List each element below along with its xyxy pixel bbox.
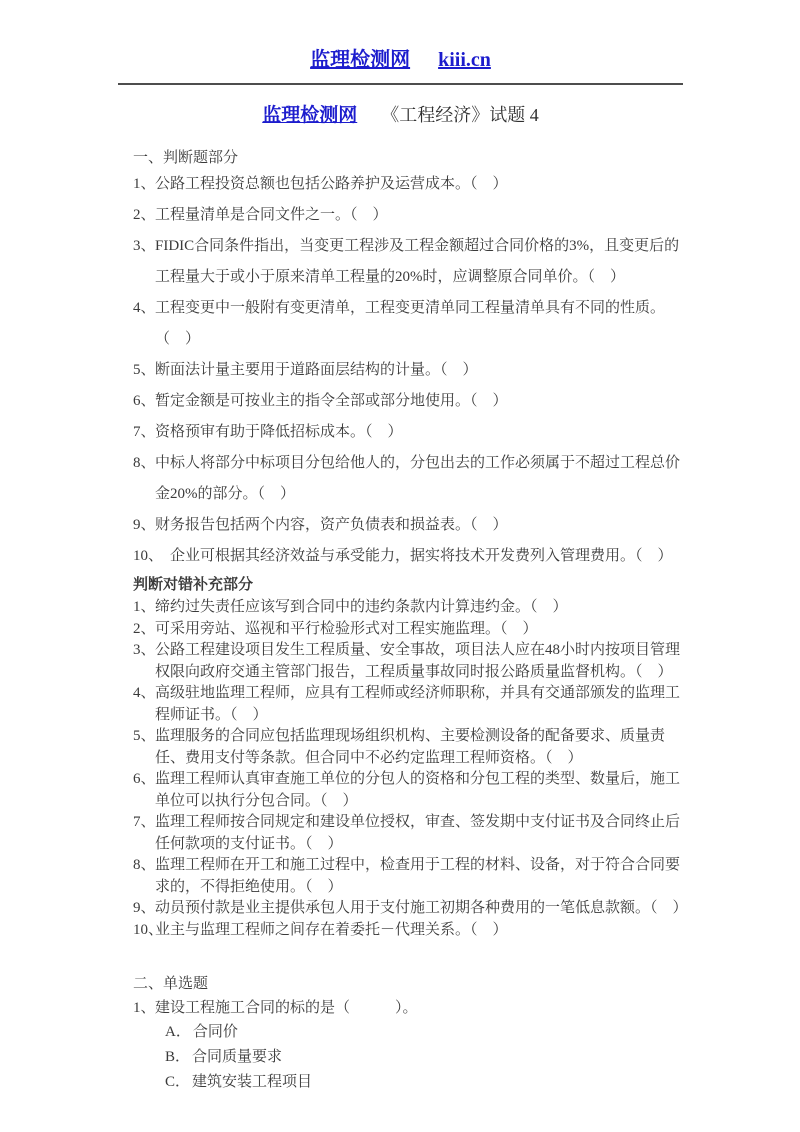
- option-text: 合同价: [193, 1024, 238, 1040]
- question-text: 监理工程师按合同规定和建设单位授权，审查、签发期中支付证书及合同终止后任何款项的…: [155, 814, 680, 852]
- option-label: B．: [165, 1049, 190, 1065]
- single-choice-heading: 二、单选题: [133, 972, 683, 996]
- question-number: 5、: [133, 355, 156, 386]
- judgment-item-5: 5、断面法计量主要用于道路面层结构的计量。（ ）: [133, 355, 683, 386]
- question-number: 7、: [133, 812, 156, 834]
- judgment-item-7: 7、资格预审有助于降低招标成本。（ ）: [133, 417, 683, 448]
- judgment-item-4: 4、工程变更中一般附有变更清单，工程变更清单同工程量清单具有不同的性质。（ ）: [133, 293, 683, 355]
- running-head: 监理检测网kiii.cn: [118, 47, 683, 85]
- question-number: 2、: [133, 200, 156, 231]
- question-text: 资格预审有助于降低招标成本。（ ）: [155, 424, 403, 440]
- question-text: 高级驻地监理工程师，应具有工程师或经济师职称，并具有交通部颁发的监理工程师证书。…: [155, 685, 680, 723]
- option-text: 合同质量要求: [192, 1049, 282, 1065]
- supplement-item-1: 1、缔约过失责任应该写到合同中的违约条款内计算违约金。（ ）: [133, 597, 683, 619]
- option-label: A．: [165, 1024, 191, 1040]
- supplement-item-5: 5、监理服务的合同应包括监理现场组织机构、主要检测设备的配备要求、质量责任、费用…: [133, 726, 683, 769]
- judgment-item-8: 8、中标人将部分中标项目分包给他人的，分包出去的工作必须属于不超过工程总价金20…: [133, 448, 683, 510]
- question-number: 6、: [133, 386, 156, 417]
- judgment-item-1: 1、公路工程投资总额也包括公路养护及运营成本。（ ）: [133, 169, 683, 200]
- document-body: 一、判断题部分 1、公路工程投资总额也包括公路养护及运营成本。（ ） 2、工程量…: [133, 147, 683, 1095]
- question-number: 7、: [133, 417, 156, 448]
- question-text: 暂定金额是可按业主的指令全部或部分地使用。（ ）: [155, 393, 508, 409]
- supplement-item-7: 7、监理工程师按合同规定和建设单位授权，审查、签发期中支付证书及合同终止后任何款…: [133, 812, 683, 855]
- judgment-item-10: 10、 企业可根据其经济效益与承受能力，据实将技术开发费列入管理费用。（ ）: [133, 541, 683, 572]
- question-text: 建设工程施工合同的标的是（ ）。: [155, 1000, 418, 1016]
- question-number: 1、: [133, 996, 156, 1020]
- question-text: 公路工程建设项目发生工程质量、安全事故，项目法人应在48小时内按项目管理权限向政…: [155, 642, 680, 680]
- question-text: 动员预付款是业主提供承包人用于支付施工初期各种费用的一笔低息款额。（ ）: [155, 900, 688, 916]
- supplement-section-heading: 判断对错补充部分: [133, 573, 683, 597]
- question-number: 1、: [133, 169, 156, 200]
- question-text: 监理服务的合同应包括监理现场组织机构、主要检测设备的配备要求、质量责任、费用支付…: [155, 728, 665, 766]
- judgment-item-6: 6、暂定金额是可按业主的指令全部或部分地使用。（ ）: [133, 386, 683, 417]
- question-text: 公路工程投资总额也包括公路养护及运营成本。（ ）: [155, 176, 508, 192]
- site-name-link[interactable]: 监理检测网: [310, 49, 410, 71]
- supplement-item-10: 10、业主与监理工程师之间存在着委托－代理关系。（ ）: [133, 920, 683, 942]
- supplement-question-list: 1、缔约过失责任应该写到合同中的违约条款内计算违约金。（ ） 2、可采用旁站、巡…: [133, 597, 683, 941]
- judgment-item-9: 9、财务报告包括两个内容，资产负债表和损益表。（ ）: [133, 510, 683, 541]
- question-number: 9、: [133, 898, 156, 920]
- option-label: C．: [165, 1074, 190, 1090]
- option-b: B．合同质量要求: [165, 1045, 683, 1070]
- supplement-item-3: 3、公路工程建设项目发生工程质量、安全事故，项目法人应在48小时内按项目管理权限…: [133, 640, 683, 683]
- question-text: 缔约过失责任应该写到合同中的违约条款内计算违约金。（ ）: [155, 599, 568, 615]
- question-text: 监理工程师认真审查施工单位的分包人的资格和分包工程的类型、数量后，施工单位可以执…: [155, 771, 680, 809]
- exam-title: 《工程经济》试题 4: [381, 105, 539, 125]
- supplement-item-6: 6、监理工程师认真审查施工单位的分包人的资格和分包工程的类型、数量后，施工单位可…: [133, 769, 683, 812]
- question-text: 断面法计量主要用于道路面层结构的计量。（ ）: [155, 362, 478, 378]
- question-number: 4、: [133, 683, 156, 705]
- question-text: 财务报告包括两个内容，资产负债表和损益表。（ ）: [155, 517, 508, 533]
- supplement-item-8: 8、监理工程师在开工和施工过程中，检查用于工程的材料、设备，对于符合合同要求的，…: [133, 855, 683, 898]
- question-text: 中标人将部分中标项目分包给他人的，分包出去的工作必须属于不超过工程总价金20%的…: [155, 455, 680, 502]
- question-number: 5、: [133, 726, 156, 748]
- question-number: 9、: [133, 510, 156, 541]
- supplement-item-4: 4、高级驻地监理工程师，应具有工程师或经济师职称，并具有交通部颁发的监理工程师证…: [133, 683, 683, 726]
- question-number: 10、: [133, 541, 163, 572]
- question-number: 3、: [133, 640, 156, 662]
- question-number: 10、: [133, 920, 163, 942]
- single-choice-question-1: 1、建设工程施工合同的标的是（ ）。: [133, 996, 683, 1020]
- judgment-item-3: 3、FIDIC合同条件指出，当变更工程涉及工程金额超过合同价格的3%，且变更后的…: [133, 231, 683, 293]
- question-text: 工程变更中一般附有变更清单，工程变更清单同工程量清单具有不同的性质。（ ）: [155, 300, 665, 347]
- title-site-link[interactable]: 监理检测网: [262, 105, 357, 126]
- judgment-section-heading: 一、判断题部分: [133, 147, 683, 169]
- site-domain-link[interactable]: kiii.cn: [438, 49, 491, 71]
- judgment-item-2: 2、工程量清单是合同文件之一。（ ）: [133, 200, 683, 231]
- option-c: C．建筑安装工程项目: [165, 1070, 683, 1095]
- question-text: FIDIC合同条件指出，当变更工程涉及工程金额超过合同价格的3%，且变更后的工程…: [155, 238, 679, 285]
- question-number: 8、: [133, 448, 156, 479]
- question-number: 8、: [133, 855, 156, 877]
- question-text: 业主与监理工程师之间存在着委托－代理关系。（ ）: [155, 922, 508, 938]
- supplement-item-9: 9、动员预付款是业主提供承包人用于支付施工初期各种费用的一笔低息款额。（ ）: [133, 898, 683, 920]
- question-text: 可采用旁站、巡视和平行检验形式对工程实施监理。（ ）: [155, 621, 538, 637]
- option-text: 建筑安装工程项目: [192, 1074, 312, 1090]
- question-text: 工程量清单是合同文件之一。（ ）: [155, 207, 388, 223]
- document-page: 监理检测网kiii.cn 监理检测网《工程经济》试题 4 一、判断题部分 1、公…: [118, 0, 683, 1095]
- question-number: 3、: [133, 231, 156, 262]
- question-text: 企业可根据其经济效益与承受能力，据实将技术开发费列入管理费用。（ ）: [155, 548, 673, 564]
- single-choice-section: 二、单选题 1、建设工程施工合同的标的是（ ）。 A．合同价 B．合同质量要求 …: [133, 972, 683, 1095]
- question-number: 1、: [133, 597, 156, 619]
- document-title: 监理检测网《工程经济》试题 4: [118, 102, 683, 129]
- supplement-item-2: 2、可采用旁站、巡视和平行检验形式对工程实施监理。（ ）: [133, 619, 683, 641]
- question-number: 4、: [133, 293, 156, 324]
- option-a: A．合同价: [165, 1020, 683, 1045]
- question-text: 监理工程师在开工和施工过程中，检查用于工程的材料、设备，对于符合合同要求的，不得…: [155, 857, 680, 895]
- question-number: 6、: [133, 769, 156, 791]
- judgment-question-list: 1、公路工程投资总额也包括公路养护及运营成本。（ ） 2、工程量清单是合同文件之…: [133, 169, 683, 572]
- question-number: 2、: [133, 619, 156, 641]
